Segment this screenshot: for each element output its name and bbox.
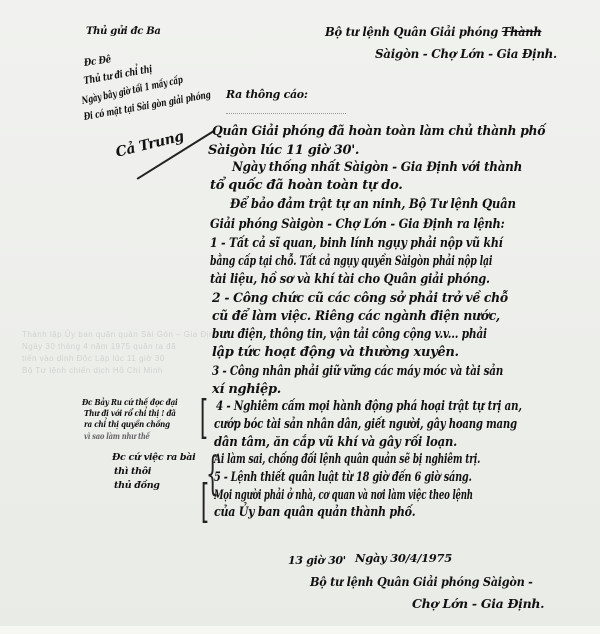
margin-bracket: [: [200, 394, 208, 440]
body-line: của Ủy ban quân quản thành phố.: [214, 505, 415, 520]
footer-date: Ngày 30/4/1975: [355, 551, 452, 565]
body-line: Mọi người phải ở nhà, cơ quan và nơi làm…: [214, 488, 473, 503]
margin-note-line: Đc cứ việc ra bài: [112, 452, 195, 463]
footer-time: 13 giờ 30': [288, 554, 346, 567]
margin-note-line: ra chỉ thị quyền chống: [84, 420, 170, 430]
body-line: bưu điện, thông tin, vận tải công cộng v…: [212, 327, 487, 342]
body-line: Để bảo đảm trật tự an ninh, Bộ Tư lệnh Q…: [230, 197, 516, 212]
margin-note-line: vì sao làm như thế: [84, 431, 150, 441]
dotted-rule: [226, 113, 346, 114]
bleed-through-text: Ngày 30 tháng 4 năm 1975 quân ta đã: [22, 342, 176, 351]
body-line: Ngày thống nhất Sàigòn - Gia Định với th…: [232, 160, 522, 175]
body-line: tài liệu, hồ sơ và khí tài cho Quân giải…: [210, 272, 490, 287]
body-line: tổ quốc đã hoàn toàn tự do.: [210, 178, 402, 193]
body-line: Ai làm sai, chống đối lệnh quân quản sẽ …: [214, 452, 480, 467]
body-line: 3 - Công nhân phải giữ vững các máy móc …: [212, 364, 503, 379]
body-line: 1 - Tất cả sĩ quan, binh lính ngụy phải …: [210, 236, 503, 251]
header-line2: Sàigòn - Chợ Lớn - Gia Định.: [375, 46, 557, 61]
salutation: Ra thông cáo:: [226, 88, 308, 101]
body-line: Quân Giải phóng đã hoàn toàn làm chủ thà…: [212, 124, 545, 139]
body-line: cũ để làm việc. Riêng các ngành điện nướ…: [212, 309, 500, 324]
header-struck-word: Thành: [502, 24, 542, 39]
footer-unit-line2: Chợ Lớn - Gia Định.: [412, 596, 544, 611]
body-line: cướp bóc tài sản nhân dân, giết người, g…: [214, 417, 517, 432]
page-edge: [0, 626, 600, 634]
body-line: Sàigòn lúc 11 giờ 30'.: [208, 143, 359, 158]
bleed-through-text: Bộ Tư lệnh chiến dịch Hồ Chí Minh: [22, 366, 163, 375]
header-line1: Bộ tư lệnh Quân Giải phóng Thành: [325, 24, 541, 39]
left-note-line: Đc Đê: [83, 54, 111, 69]
body-line: xí nghiệp.: [212, 382, 281, 397]
body-line: bằng cấp tại chỗ. Tất cả ngụy quyền Sàig…: [210, 254, 492, 269]
bleed-through-text: Thành lập Ủy ban quân quản Sài Gòn – Gia…: [22, 330, 219, 339]
body-line: 5 - Lệnh thiết quân luật từ 18 giờ đến 6…: [214, 470, 472, 485]
margin-note-line: thì thôi: [114, 466, 151, 477]
margin-note-line: Đc Bảy Ru cứ thế đọc đại: [82, 398, 178, 408]
document-paper: Thành lập Ủy ban quân quản Sài Gòn – Gia…: [0, 0, 600, 634]
body-line: lập tức hoạt động và thường xuyên.: [212, 345, 459, 360]
body-line: 4 - Nghiêm cấm mọi hành động phá hoại tr…: [216, 399, 522, 414]
margin-bracket: [: [201, 478, 209, 524]
bleed-through-text: tiến vào dinh Độc Lập lúc 11 giờ 30: [22, 354, 165, 363]
footer-unit-line1: Bộ tư lệnh Quân Giải phóng Sàigòn -: [310, 574, 533, 589]
body-line: dân tâm, ăn cắp vũ khí và gây rối loạn.: [214, 435, 457, 450]
margin-note-line: Thư đi với rổ chỉ thị ! đã: [84, 409, 176, 419]
header-unit: Bộ tư lệnh Quân Giải phóng: [325, 24, 498, 39]
body-line: 2 - Công chức cũ các công sở phải trở về…: [212, 291, 508, 306]
body-line: Giải phóng Sàigòn - Chợ Lớn - Gia Định r…: [210, 217, 504, 232]
margin-note-line: thủ đồng: [114, 480, 160, 491]
top-left-note: Thủ gửi đc Ba: [86, 26, 161, 37]
